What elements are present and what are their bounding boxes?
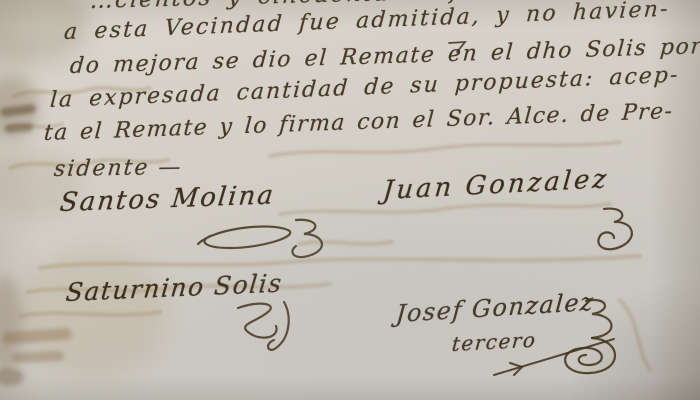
signature-saturnino-solis: Saturnino Solis [65, 268, 284, 307]
signature-josef-gonzalez-title: tercero [451, 328, 538, 357]
speckle-corner [0, 368, 24, 386]
signature-josef-gonzalez: Josef Gonzalez [395, 288, 596, 328]
rubric-juan-gonzalez [588, 204, 650, 256]
signature-juan-gonzalez: Juan Gonzalez [382, 164, 611, 206]
ink-smudge-left-1 [0, 104, 36, 117]
manuscript-photo: …cientos y cincuenta es f… a esta Vecind… [0, 0, 700, 400]
rubric-santos-molina [192, 214, 342, 262]
handwritten-line-6: sidente — [53, 155, 184, 182]
speckle-row-2 [12, 351, 64, 364]
signature-santos-molina: Santos Molina [58, 180, 276, 218]
stain-bottom-left-blotch [18, 248, 168, 378]
rubric-saturnino-solis [226, 298, 311, 356]
stain-left-lower-edge [0, 276, 22, 372]
speckle-row-1 [2, 328, 73, 345]
stain-left-edge [0, 76, 40, 138]
ink-smudge-left-2 [5, 123, 34, 133]
